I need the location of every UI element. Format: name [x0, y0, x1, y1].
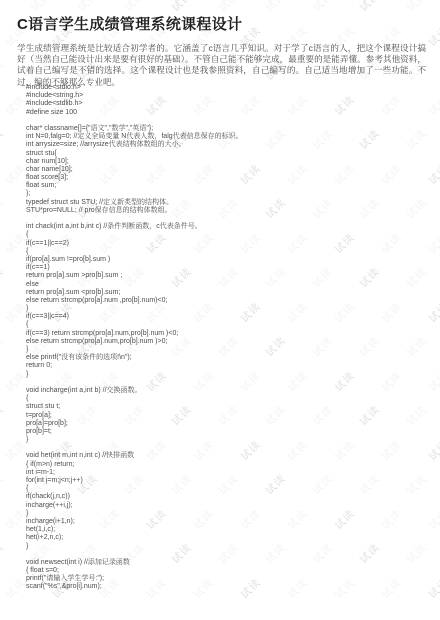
- code-line: }: [26, 305, 426, 313]
- code-line: scanf("%s",&pro[i].num);: [26, 583, 426, 591]
- code-line: int chack(int a,int b,int c) //条件判断函数，c代…: [26, 223, 426, 231]
- watermark-text: 试读: [425, 23, 440, 50]
- watermark-text: 试读: [0, 471, 7, 498]
- code-line: };: [26, 190, 426, 198]
- intro-paragraph: 学生成绩管理系统是比较适合初学者的。它涵盖了c语言几乎知识。对于学了c语言的人，…: [17, 43, 426, 88]
- code-line: char num[10];: [26, 158, 426, 166]
- code-line: else: [26, 281, 426, 289]
- code-line: {: [26, 485, 426, 493]
- watermark-text: 试读: [425, 92, 440, 119]
- code-line: #define size 100: [26, 109, 426, 117]
- document-page: 试读试读试读试读试读试读试读试读试读试读试读试读试读试读试读试读试读试读试读试读…: [0, 0, 440, 620]
- code-line: {: [26, 248, 426, 256]
- watermark-text: 试读: [425, 437, 440, 464]
- code-line: return 0;: [26, 362, 426, 370]
- watermark-text: 试读: [0, 540, 7, 567]
- watermark-text: 试读: [425, 575, 440, 602]
- code-line: }: [26, 543, 426, 551]
- watermark-text: 试读: [425, 161, 440, 188]
- code-line: void incharge(int a,int b) //交换函数。: [26, 387, 426, 395]
- watermark-text: 试读: [2, 161, 29, 188]
- code-line: [26, 215, 426, 223]
- code-line: return pro[a].sum <pro[b].sum;: [26, 289, 426, 297]
- watermark-text: 试读: [425, 368, 440, 395]
- code-line: return pro[a].sum >pro[b].sum ;: [26, 272, 426, 280]
- watermark-text: 试读: [2, 299, 29, 326]
- code-line: int i=m-1;: [26, 469, 426, 477]
- watermark-text: 试读: [0, 126, 7, 153]
- code-line: incharge(i+1,n);: [26, 518, 426, 526]
- watermark-text: 试读: [2, 230, 29, 257]
- code-line: {: [26, 321, 426, 329]
- code-line: #include<stdlib.h>: [26, 100, 426, 108]
- code-line: if(pro[a].sum !=pro[b].sum ): [26, 256, 426, 264]
- code-line: {: [26, 395, 426, 403]
- code-line: float score[3];: [26, 174, 426, 182]
- code-line: for(int j=m;j<n;j++): [26, 477, 426, 485]
- code-line: struct stu t;: [26, 403, 426, 411]
- code-line: if(chack(j,n,c)): [26, 493, 426, 501]
- code-line: het(i+2,n,c);: [26, 534, 426, 542]
- code-line: if(c==1||c==2): [26, 240, 426, 248]
- code-line: incharge(++i,j);: [26, 502, 426, 510]
- watermark-text: 试读: [0, 333, 7, 360]
- code-line: [26, 551, 426, 559]
- watermark-text: 试读: [425, 230, 440, 257]
- code-line: else return strcmp(pro[a].num ,pro[b].nu…: [26, 297, 426, 305]
- code-line: void het(int m,int n,int c) //快排函数: [26, 452, 426, 460]
- code-line: { if(m>n) return;: [26, 461, 426, 469]
- watermark-text: 试读: [2, 575, 29, 602]
- code-line: pro[b]=t;: [26, 428, 426, 436]
- code-line: void newsect(int i) //添加记录函数: [26, 559, 426, 567]
- watermark-text: 试读: [0, 264, 7, 291]
- page-title: C语言学生成绩管理系统课程设计: [17, 13, 427, 34]
- code-line: }: [26, 510, 426, 518]
- watermark-text: 试读: [0, 195, 7, 222]
- code-line: if(c==3||c==4): [26, 313, 426, 321]
- code-line: pro[a]=pro[b];: [26, 420, 426, 428]
- code-block: #include<stdio.h>#include<string.h>#incl…: [26, 84, 426, 592]
- code-line: {: [26, 231, 426, 239]
- code-line: #include<stdio.h>: [26, 84, 426, 92]
- watermark-text: 试读: [425, 299, 440, 326]
- code-line: else return strcmp(pro[a].num,pro[b].num…: [26, 338, 426, 346]
- code-line: float sum;: [26, 182, 426, 190]
- watermark-text: 试读: [2, 506, 29, 533]
- watermark-text: 试读: [2, 92, 29, 119]
- code-line: }: [26, 371, 426, 379]
- code-line: [26, 117, 426, 125]
- code-line: t=pro[a];: [26, 412, 426, 420]
- code-line: char name[10];: [26, 166, 426, 174]
- code-line: }: [26, 436, 426, 444]
- watermark-text: 试读: [0, 57, 7, 84]
- watermark-text: 试读: [425, 506, 440, 533]
- code-line: #include<string.h>: [26, 92, 426, 100]
- watermark-text: 试读: [0, 402, 7, 429]
- code-line: struct stu{: [26, 150, 426, 158]
- watermark-text: 试读: [2, 368, 29, 395]
- code-line: STU*pro=NULL; // pro保存信息的结构体数组。: [26, 207, 426, 215]
- watermark-text: 试读: [0, 0, 7, 15]
- code-line: int arrysize=size; //arrysize代表结构体数组的大小。: [26, 141, 426, 149]
- code-line: het(1,i,c);: [26, 526, 426, 534]
- code-line: [26, 379, 426, 387]
- code-line: printf("请输入学生学号:");: [26, 575, 426, 583]
- code-line: else printf("没有该条件的选项!\n");: [26, 354, 426, 362]
- code-line: }: [26, 346, 426, 354]
- code-line: if(c==1): [26, 264, 426, 272]
- code-line: typedef struct stu STU; //定义新类型的结构体。: [26, 199, 426, 207]
- code-line: if(c==3) return strcmp(pro[a].num,pro[b]…: [26, 330, 426, 338]
- code-line: char* classname[]={"语文","数学","英语"};: [26, 125, 426, 133]
- watermark-text: 试读: [2, 437, 29, 464]
